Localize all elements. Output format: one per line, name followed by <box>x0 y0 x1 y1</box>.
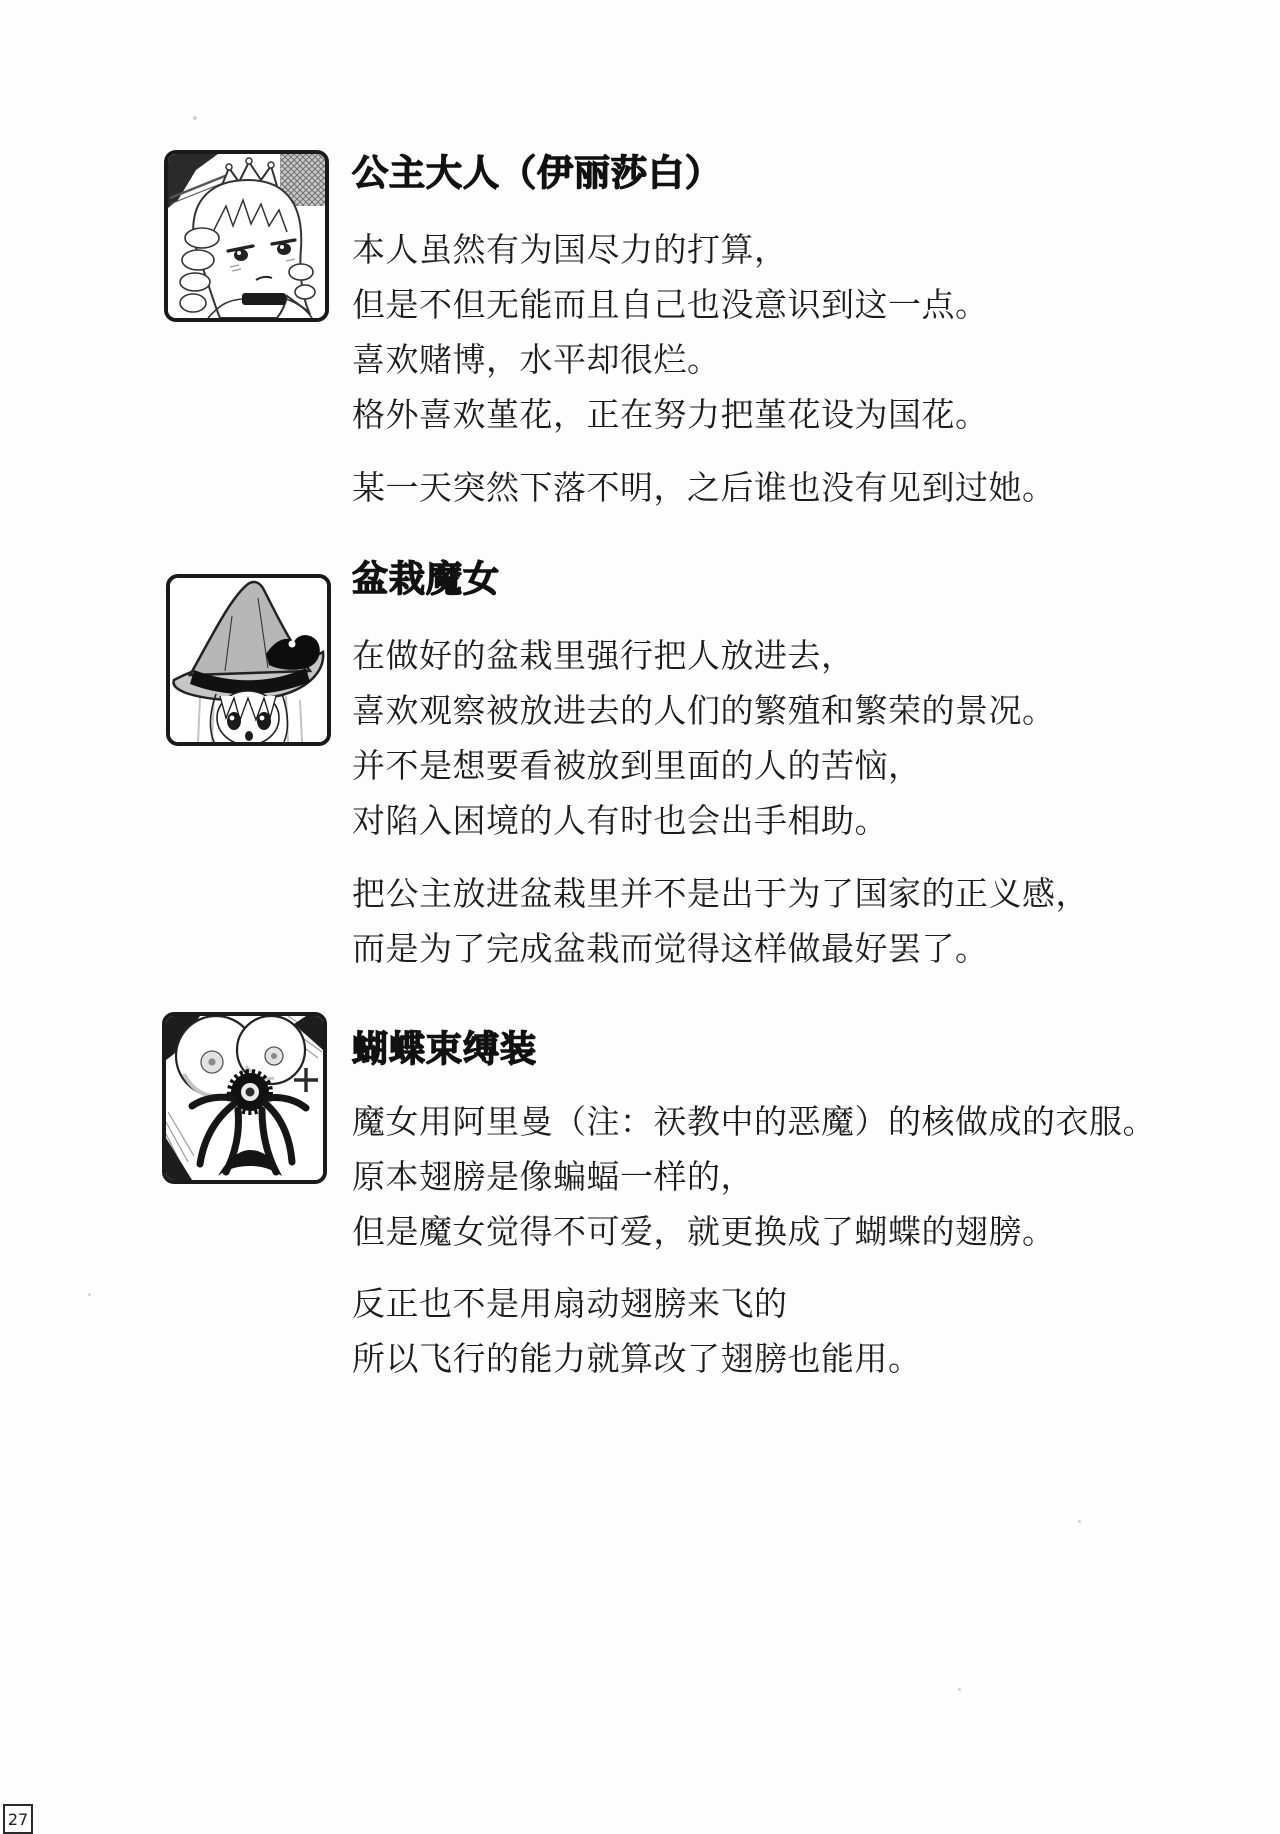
item-image-outfit <box>162 1012 327 1184</box>
text-line: 在做好的盆栽里强行把人放进去， <box>352 628 1056 683</box>
outfit-description-paragraph: 魔女用阿里曼（注：祆教中的恶魔）的核做成的衣服。 原本翅膀是像蝙蝠一样的， 但是… <box>352 1094 1156 1259</box>
section-title-outfit: 蝴蝶束缚装 <box>352 1028 537 1072</box>
outfit-flight-paragraph: 反正也不是用扇动翅膀来飞的 所以飞行的能力就算改了翅膀也能用。 <box>352 1276 922 1386</box>
text-line: 但是不但无能而且自己也没意识到这一点。 <box>352 277 989 332</box>
text-line: 某一天突然下落不明，之后谁也没有见到过她。 <box>352 460 1056 515</box>
scan-speck <box>88 1293 91 1296</box>
scan-speck <box>193 116 197 120</box>
character-image-princess <box>164 150 329 322</box>
witch-motivation-paragraph: 把公主放进盆栽里并不是出于为了国家的正义感， 而是为了完成盆栽而觉得这样做最好罢… <box>352 866 1089 976</box>
princess-description-paragraph: 本人虽然有为国尽力的打算， 但是不但无能而且自己也没意识到这一点。 喜欢赌博，水… <box>352 222 989 442</box>
text-line: 把公主放进盆栽里并不是出于为了国家的正义感， <box>352 866 1089 921</box>
text-line: 原本翅膀是像蝙蝠一样的， <box>352 1149 1156 1204</box>
page-number: 27 <box>8 1810 28 1829</box>
text-line: 魔女用阿里曼（注：祆教中的恶魔）的核做成的衣服。 <box>352 1094 1156 1149</box>
text-line: 喜欢观察被放进去的人们的繁殖和繁荣的景况。 <box>352 683 1056 738</box>
scan-speck <box>958 1688 961 1691</box>
scan-speck <box>1078 1520 1081 1523</box>
page-number-box: 27 <box>3 1804 33 1834</box>
text-line: 对陷入困境的人有时也会出手相助。 <box>352 793 1056 848</box>
witch-description-paragraph: 在做好的盆栽里强行把人放进去， 喜欢观察被放进去的人们的繁殖和繁荣的景况。 并不… <box>352 628 1056 848</box>
text-line: 而是为了完成盆栽而觉得这样做最好罢了。 <box>352 921 1089 976</box>
scanned-doujin-page: 公主大人（伊丽莎白） 本人虽然有为国尽力的打算， 但是不但无能而且自己也没意识到… <box>0 0 1280 1834</box>
text-line: 并不是想要看被放到里面的人的苦恼， <box>352 738 1056 793</box>
princess-portrait-art <box>168 154 325 318</box>
section-title-witch: 盆栽魔女 <box>352 558 500 602</box>
text-line: 本人虽然有为国尽力的打算， <box>352 222 989 277</box>
text-line: 喜欢赌博，水平却很烂。 <box>352 332 989 387</box>
witch-portrait-art <box>170 578 327 742</box>
text-line: 但是魔女觉得不可爱，就更换成了蝴蝶的翅膀。 <box>352 1204 1156 1259</box>
princess-fate-paragraph: 某一天突然下落不明，之后谁也没有见到过她。 <box>352 460 1056 515</box>
section-title-princess: 公主大人（伊丽莎白） <box>352 152 722 196</box>
text-line: 所以飞行的能力就算改了翅膀也能用。 <box>352 1331 922 1386</box>
outfit-closeup-art <box>166 1016 323 1180</box>
character-image-witch <box>166 574 331 746</box>
text-line: 格外喜欢堇花，正在努力把堇花设为国花。 <box>352 387 989 442</box>
text-line: 反正也不是用扇动翅膀来飞的 <box>352 1276 922 1331</box>
